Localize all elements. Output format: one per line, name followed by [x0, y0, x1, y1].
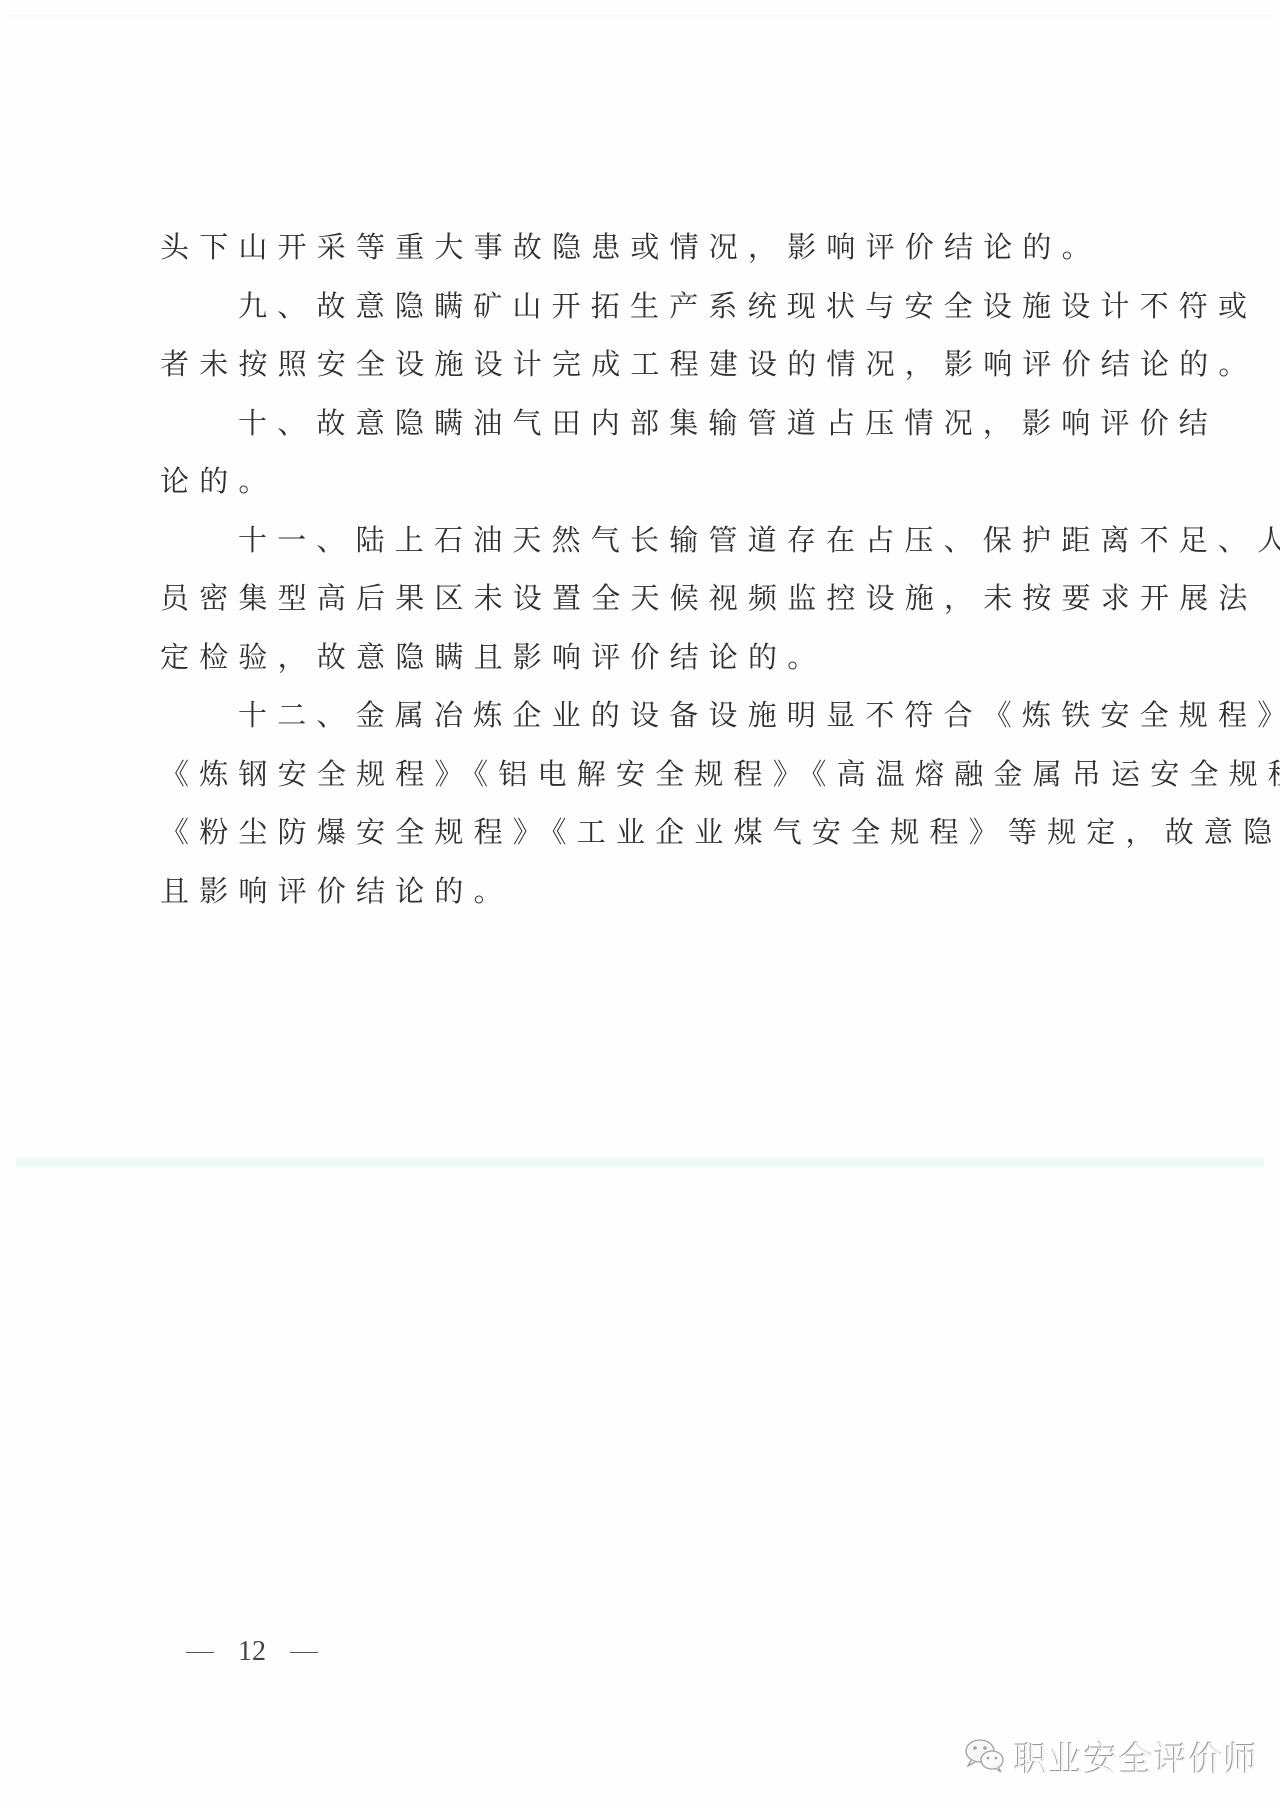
watermark: 职业安全评价师	[962, 1732, 1259, 1781]
scan-artifact-band	[16, 1155, 1264, 1171]
text-line: 《粉尘防爆安全规程》《工业企业煤气安全规程》等规定，故意隐瞒	[160, 807, 1120, 866]
document-page: 头下山开采等重大事故隐患或情况，影响评价结论的。 九、故意隐瞒矿山开拓生产系统现…	[0, 0, 1280, 1810]
page-number: 12	[186, 1636, 318, 1668]
watermark-text: 职业安全评价师	[1014, 1732, 1259, 1781]
clause-9-line: 九、故意隐瞒矿山开拓生产系统现状与安全设施设计不符或	[160, 281, 1120, 340]
text-line: 者未按照安全设施设计完成工程建设的情况，影响评价结论的。	[160, 339, 1120, 398]
text-line: 《炼钢安全规程》《铝电解安全规程》《高温熔融金属吊运安全规程》	[160, 749, 1120, 808]
dash-left	[186, 1652, 214, 1653]
scan-edge	[8, 14, 1272, 22]
clause-11-line: 十一、陆上石油天然气长输管道存在占压、保护距离不足、人	[160, 515, 1120, 574]
text-line: 论的。	[160, 456, 1120, 515]
text-line: 定检验，故意隐瞒且影响评价结论的。	[160, 632, 1120, 691]
clause-12-line: 十二、金属冶炼企业的设备设施明显不符合《炼铁安全规程》	[160, 690, 1120, 749]
text-line: 员密集型高后果区未设置全天候视频监控设施，未按要求开展法	[160, 573, 1120, 632]
clause-10-line: 十、故意隐瞒油气田内部集输管道占压情况，影响评价结	[160, 398, 1120, 457]
document-body: 头下山开采等重大事故隐患或情况，影响评价结论的。 九、故意隐瞒矿山开拓生产系统现…	[160, 222, 1120, 924]
text-line: 头下山开采等重大事故隐患或情况，影响评价结论的。	[160, 222, 1120, 281]
text-line: 且影响评价结论的。	[160, 866, 1120, 925]
page-number-value: 12	[238, 1636, 266, 1668]
wechat-icon	[962, 1735, 1008, 1779]
dash-right	[290, 1652, 318, 1653]
